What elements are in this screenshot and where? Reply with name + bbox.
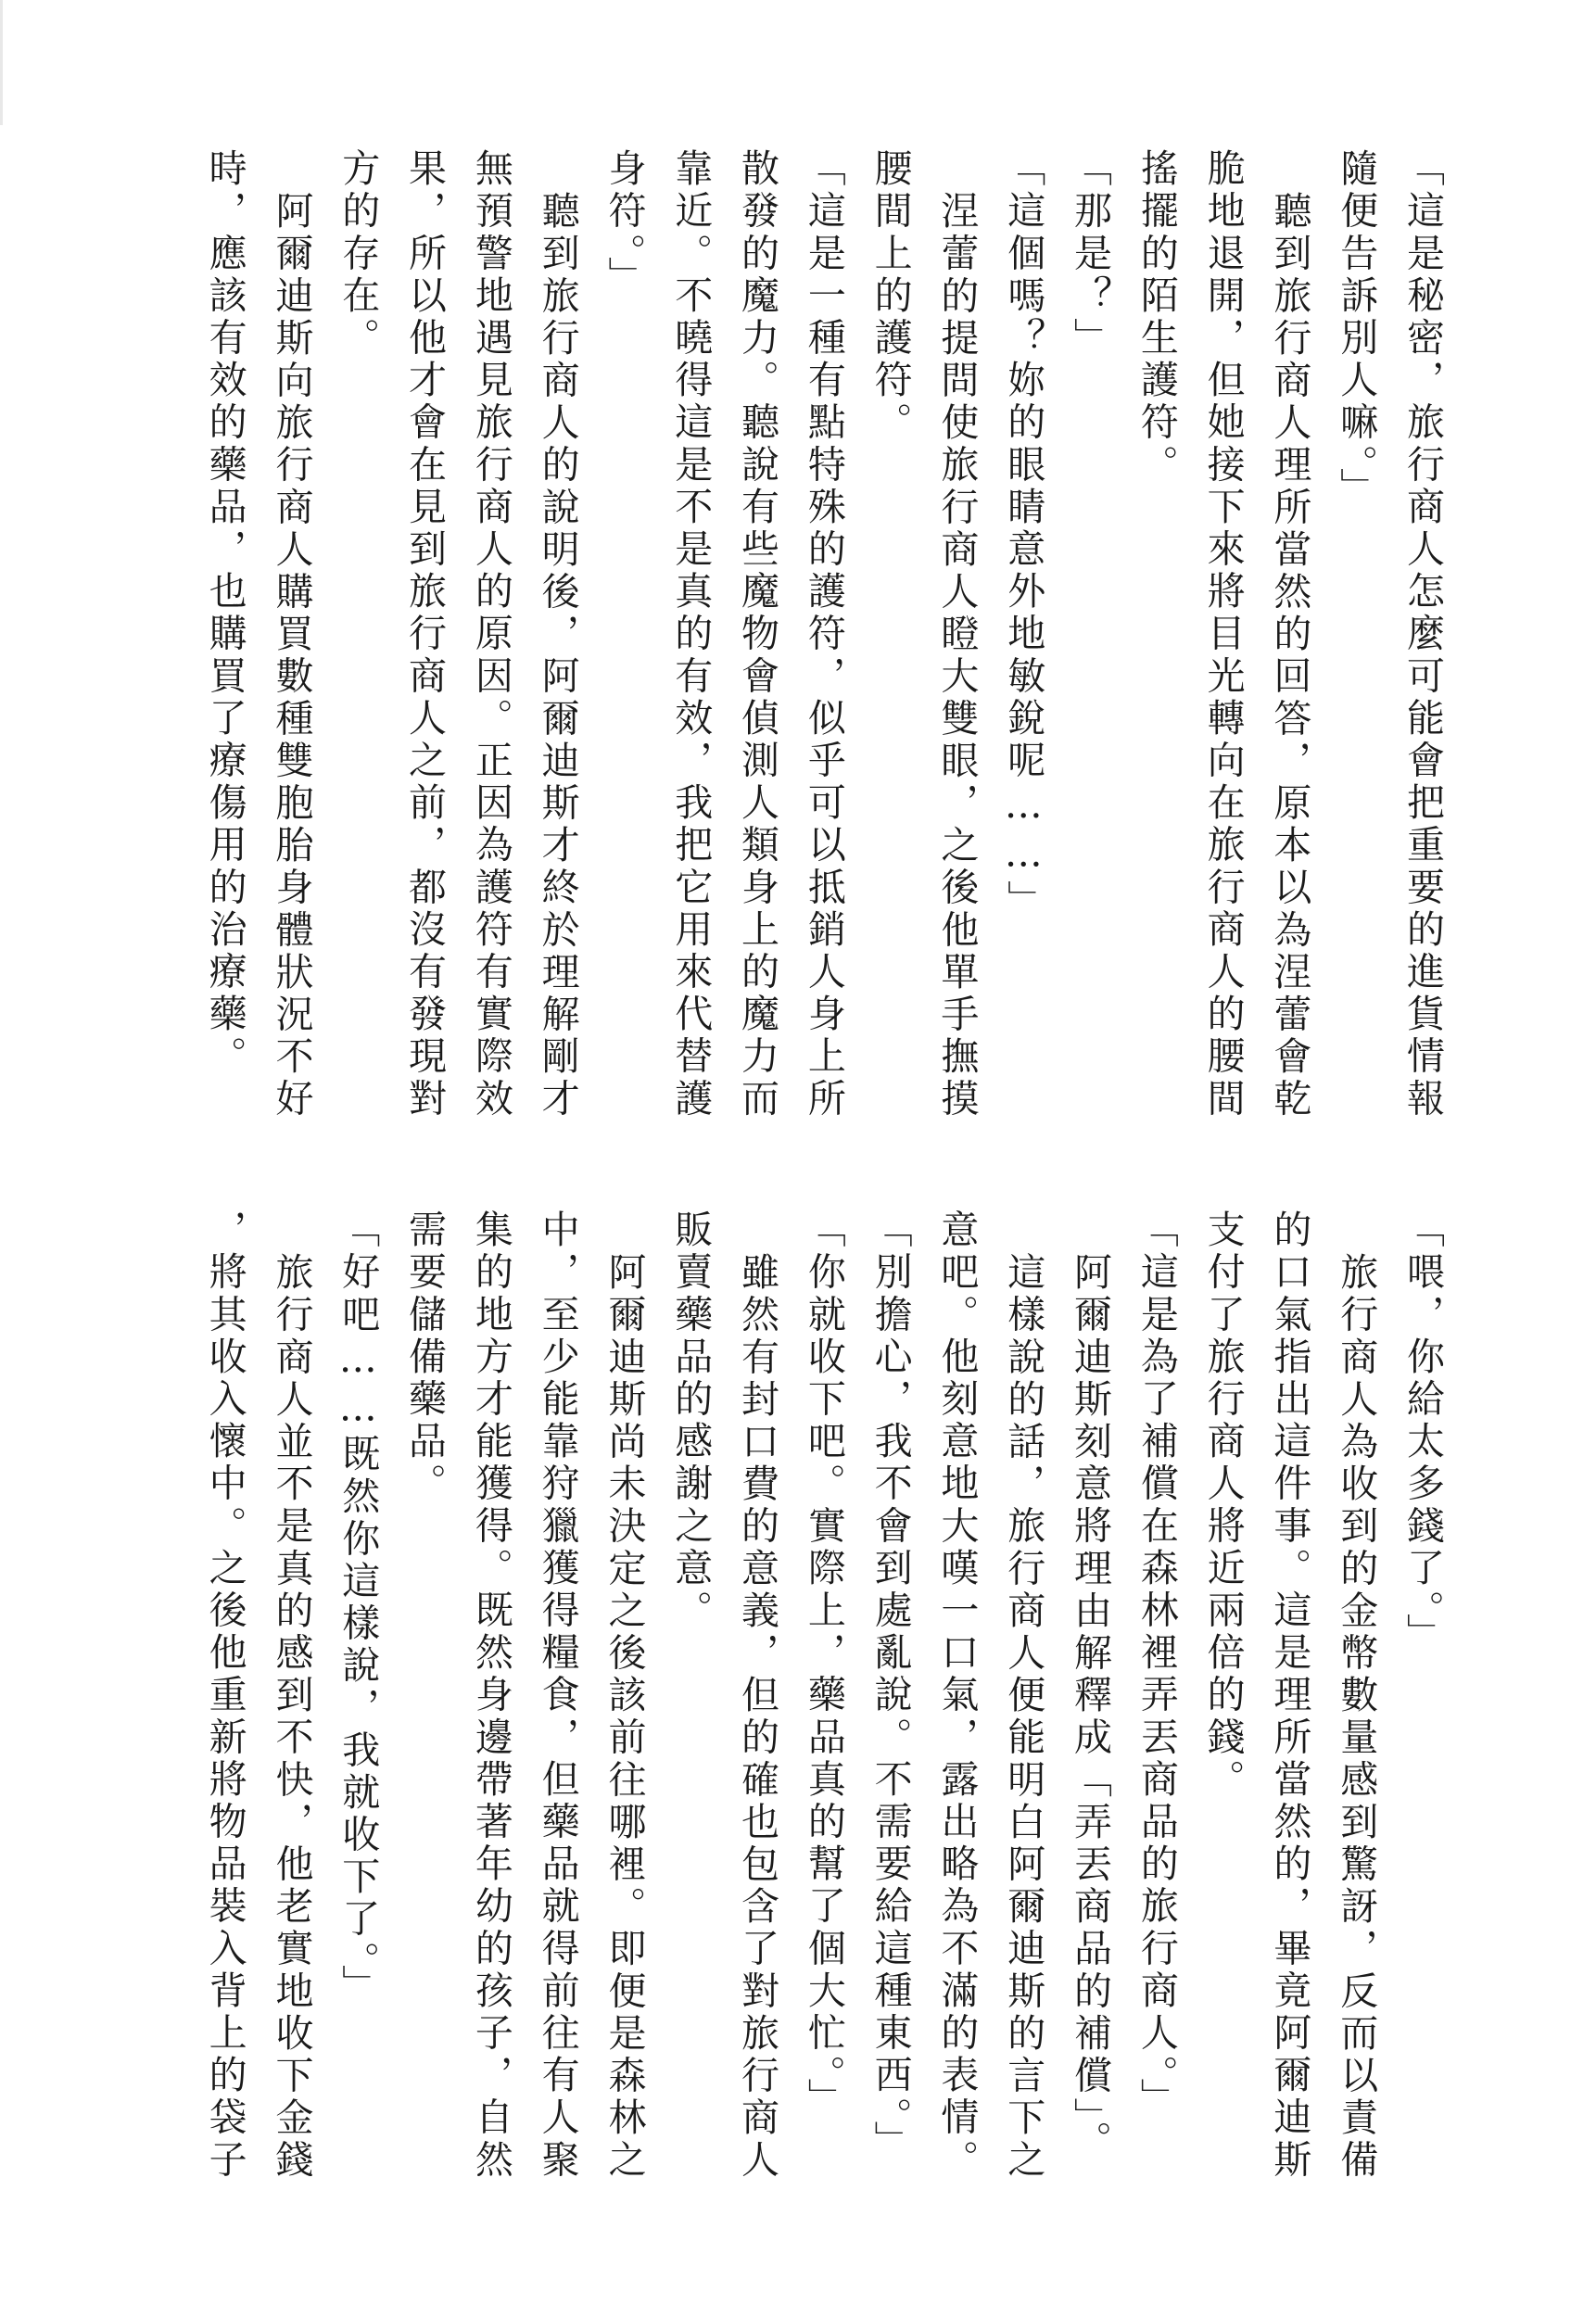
- page-edge-shadow: [0, 0, 3, 125]
- text-line: 意吧。他刻意地大嘆一口氣，露出略為不滿的表情。: [923, 1209, 990, 2146]
- text-line: 果，所以他才會在見到旅行商人之前，都沒有發現對: [390, 148, 457, 1052]
- text-line: 「別擔心，我不會到處亂說。不需要給這種東西。」: [856, 1209, 923, 2146]
- text-line: 「好吧……既然你這樣說，我就收下了。」: [323, 1209, 390, 2146]
- text-line: 這樣說的話，旅行商人便能明白阿爾迪斯的言下之: [989, 1209, 1056, 2146]
- text-line: 旅行商人為收到的金幣數量感到驚訝，反而以責備: [1322, 1209, 1388, 2146]
- text-line: 散發的魔力。聽說有些魔物會偵測人類身上的魔力而: [723, 148, 790, 1052]
- text-line: 隨便告訴別人嘛。」: [1322, 148, 1388, 1052]
- text-line: 的口氣指出這件事。這是理所當然的，畢竟阿爾迪斯: [1256, 1209, 1323, 2146]
- text-line: 靠近。不曉得這是不是真的有效，我把它用來代替護: [656, 148, 723, 1052]
- text-line: 涅蕾的提問使旅行商人瞪大雙眼，之後他單手撫摸: [923, 148, 990, 1052]
- text-line: 搖擺的陌生護符。: [1122, 148, 1189, 1052]
- text-line: 「這是秘密，旅行商人怎麼可能會把重要的進貨情報: [1388, 148, 1455, 1052]
- text-line: 雖然有封口費的意義，但的確也包含了對旅行商人: [723, 1209, 790, 2146]
- text-line: 無預警地遇見旅行商人的原因。正因為護符有實際效: [457, 148, 524, 1052]
- text-line: 阿爾迪斯刻意將理由解釋成「弄丟商品的補償」。: [1056, 1209, 1122, 2146]
- text-line: 時，應該有效的藥品，也購買了療傷用的治療藥。: [191, 148, 258, 1052]
- text-line: 支付了旅行商人將近兩倍的錢。: [1189, 1209, 1256, 2146]
- text-line: 聽到旅行商人的說明後，阿爾迪斯才終於理解剛才: [524, 148, 590, 1052]
- text-line: 旅行商人並不是真的感到不快，他老實地收下金錢: [258, 1209, 324, 2146]
- text-line: 販賣藥品的感謝之意。: [656, 1209, 723, 2146]
- text-line: 「這是一種有點特殊的護符，似乎可以抵銷人身上所: [790, 148, 856, 1052]
- book-page: 「這是秘密，旅行商人怎麼可能會把重要的進貨情報 隨便告訴別人嘛。」 聽到旅行商人…: [0, 0, 1596, 2317]
- text-line: 方的存在。: [323, 148, 390, 1052]
- text-line: 「你就收下吧。實際上，藥品真的幫了個大忙。」: [790, 1209, 856, 2146]
- text-line: ，將其收入懷中。之後他重新將物品裝入背上的袋子: [191, 1209, 258, 2146]
- text-line: 中，至少能靠狩獵獲得糧食，但藥品就得前往有人聚: [524, 1209, 590, 2146]
- text-line: 腰間上的護符。: [856, 148, 923, 1052]
- text-line: 「喂，你給太多錢了。」: [1388, 1209, 1455, 2146]
- text-line: 身符。」: [590, 148, 657, 1052]
- text-line: 阿爾迪斯尚未決定之後該前往哪裡。即便是森林之: [590, 1209, 657, 2146]
- text-line: 需要儲備藥品。: [390, 1209, 457, 2146]
- text-block-top: 「這是秘密，旅行商人怎麼可能會把重要的進貨情報 隨便告訴別人嘛。」 聽到旅行商人…: [185, 148, 1455, 1052]
- text-line: 「這是為了補償在森林裡弄丟商品的旅行商人。」: [1122, 1209, 1189, 2146]
- text-line: 集的地方才能獲得。既然身邊帶著年幼的孩子，自然: [457, 1209, 524, 2146]
- text-line: 脆地退開，但她接下來將目光轉向在旅行商人的腰間: [1189, 148, 1256, 1052]
- text-line: 「這個嗎？妳的眼睛意外地敏銳呢……」: [989, 148, 1056, 1052]
- text-line: 聽到旅行商人理所當然的回答，原本以為涅蕾會乾: [1256, 148, 1323, 1052]
- text-block-bottom: 「喂，你給太多錢了。」 旅行商人為收到的金幣數量感到驚訝，反而以責備 的口氣指出…: [185, 1209, 1455, 2146]
- text-line: 「那是？」: [1056, 148, 1122, 1052]
- text-line: 阿爾迪斯向旅行商人購買數種雙胞胎身體狀況不好: [258, 148, 324, 1052]
